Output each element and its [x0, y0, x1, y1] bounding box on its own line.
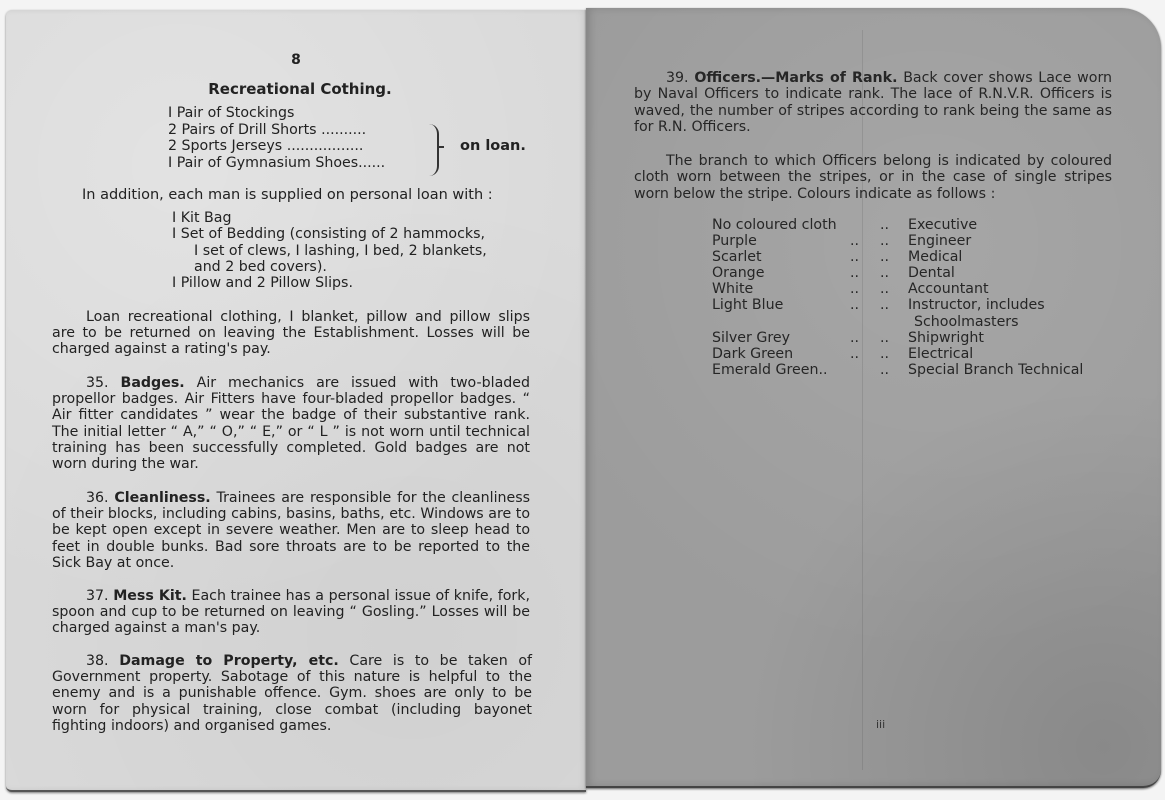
branch-name: Executive — [908, 217, 1108, 233]
colour-name: Orange — [712, 265, 850, 281]
colour-row: Orange .. .. Dental — [712, 265, 1108, 281]
loan-item-continuation: and 2 bed covers). — [172, 259, 532, 275]
kit-item: 2 Sports Jerseys ................. — [168, 138, 385, 155]
loan-item: I Pillow and 2 Pillow Slips. — [172, 275, 532, 291]
booklet-spread: 8 Recreational Cothing. I Pair of Stocki… — [0, 0, 1165, 800]
loan-return-paragraph: Loan recreational clothing, I blanket, p… — [52, 309, 530, 358]
colour-row: Silver Grey .. .. Shipwright — [712, 330, 1108, 346]
section-heading: Recreational Cothing. — [6, 80, 586, 98]
colour-name: Purple — [712, 233, 850, 249]
branch-name: Engineer — [908, 233, 1108, 249]
section-36-cleanliness: 36. Cleanliness. Trainees are responsibl… — [52, 490, 530, 571]
colour-row: Emerald Green.. .. Special Branch Techni… — [712, 362, 1108, 378]
colour-name: Emerald Green.. — [712, 362, 850, 378]
loan-item: I Kit Bag — [172, 210, 532, 226]
kit-item: I Pair of Gymnasium Shoes...... — [168, 155, 385, 172]
loan-item: I Set of Bedding (consisting of 2 hammoc… — [172, 226, 532, 242]
page-number-bottom: iii — [876, 718, 885, 731]
section-number: 38. — [86, 653, 109, 669]
section-number: 37. — [86, 588, 109, 604]
section-number: 36. — [86, 490, 109, 506]
personal-loan-intro: In addition, each man is supplied on per… — [82, 187, 542, 203]
colour-row: White .. .. Accountant — [712, 281, 1108, 297]
colour-name: Scarlet — [712, 249, 850, 265]
branch-colour-table: No coloured cloth .. Executive Purple ..… — [712, 217, 1108, 378]
colour-name: Silver Grey — [712, 330, 850, 346]
section-title: Damage to Property, etc. — [119, 653, 339, 669]
colour-name: Light Blue — [712, 297, 850, 313]
colour-row: No coloured cloth .. Executive — [712, 217, 1108, 233]
branch-name: Dental — [908, 265, 1108, 281]
colour-row: Light Blue .. .. Instructor, includes — [712, 297, 1108, 313]
colour-name: White — [712, 281, 850, 297]
page-number-top: 8 — [6, 52, 586, 68]
branch-name: Instructor, includes — [908, 297, 1108, 313]
kit-item: 2 Pairs of Drill Shorts .......... — [168, 122, 385, 139]
on-loan-note: on loan. — [460, 138, 526, 154]
personal-loan-list: I Kit Bag I Set of Bedding (consisting o… — [172, 210, 532, 291]
section-number: 39. — [666, 70, 689, 86]
branch-colours-intro: The branch to which Officers belong is i… — [634, 153, 1112, 202]
section-39-officers-marks-of-rank: 39. Officers.—Marks of Rank. Back cover … — [634, 70, 1112, 135]
section-38-damage-to-property: 38. Damage to Property, etc. Care is to … — [52, 653, 532, 734]
colour-row: Dark Green .. .. Electrical — [712, 346, 1108, 362]
branch-name: Accountant — [908, 281, 1108, 297]
curly-brace-icon — [427, 124, 439, 176]
branch-name: Electrical — [908, 346, 1108, 362]
section-title: Mess Kit. — [113, 588, 187, 604]
section-number: 35. — [86, 375, 109, 391]
branch-name: Shipwright — [908, 330, 1108, 346]
colour-row-continuation: Schoolmasters — [712, 314, 1108, 330]
section-title: Cleanliness. — [114, 490, 210, 506]
section-title: Badges. — [121, 375, 185, 391]
colour-name: Dark Green — [712, 346, 850, 362]
recreational-kit-list: I Pair of Stockings 2 Pairs of Drill Sho… — [168, 105, 385, 171]
branch-name: Special Branch Technical — [908, 362, 1108, 378]
colour-row: Purple .. .. Engineer — [712, 233, 1108, 249]
section-35-badges: 35. Badges. Air mechanics are issued wit… — [52, 375, 530, 472]
branch-name: Medical — [908, 249, 1108, 265]
branch-name-continuation: Schoolmasters — [908, 314, 1108, 330]
page-crease — [862, 30, 863, 770]
section-37-mess-kit: 37. Mess Kit. Each trainee has a persona… — [52, 588, 530, 637]
kit-item: I Pair of Stockings — [168, 105, 385, 122]
colour-row: Scarlet .. .. Medical — [712, 249, 1108, 265]
loan-item-continuation: I set of clews, I lashing, I bed, 2 blan… — [172, 243, 532, 259]
colour-name: No coloured cloth — [712, 217, 850, 233]
section-title: Officers.—Marks of Rank. — [694, 70, 897, 86]
